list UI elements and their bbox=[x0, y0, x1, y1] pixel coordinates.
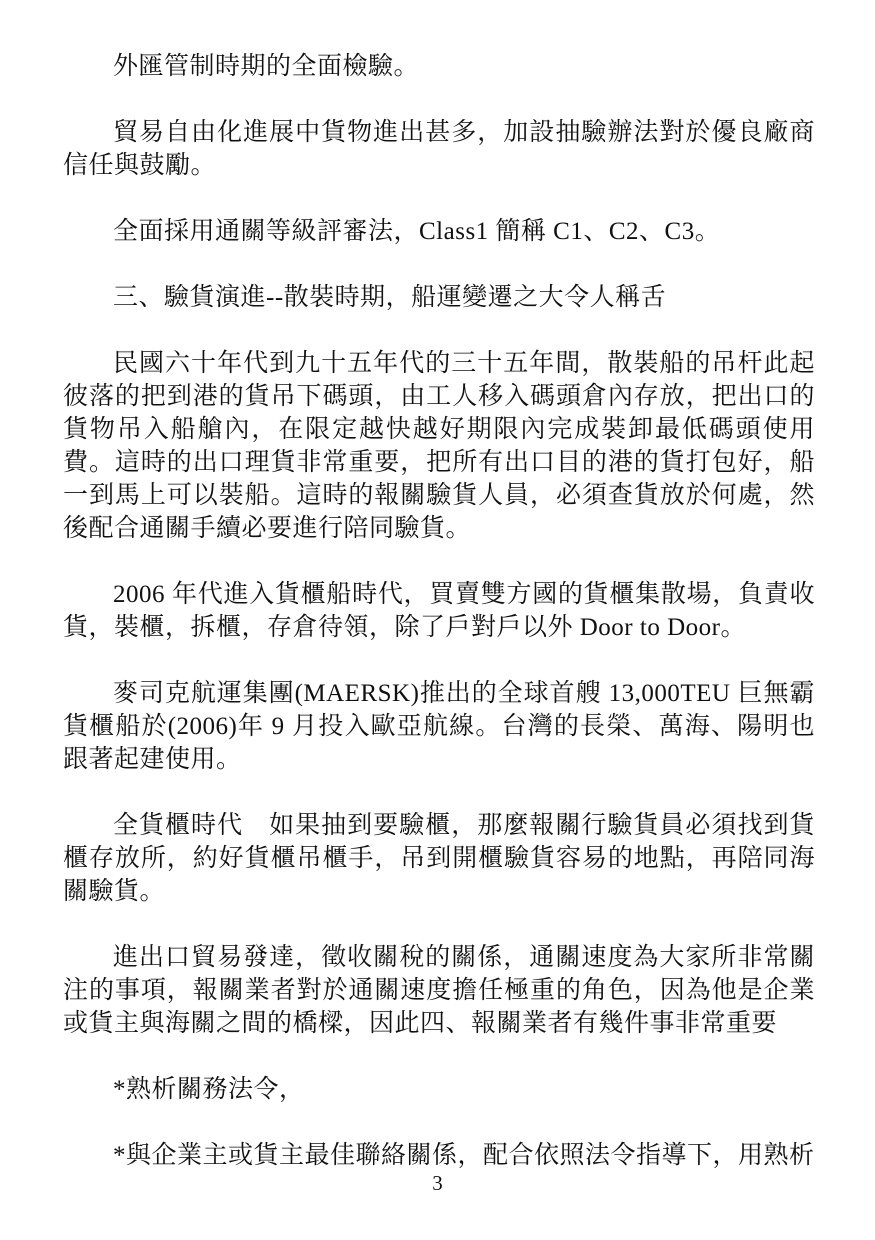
paragraph: 全面採用通關等級評審法，Class1 簡稱 C1、C2、C3。 bbox=[63, 215, 815, 248]
paragraph: 進出口貿易發達，徵收關稅的關係，通關速度為大家所非常關注的事項，報關業者對於通關… bbox=[63, 941, 815, 1040]
paragraph: 民國六十年代到九十五年代的三十五年間，散裝船的吊杆此起彼落的把到港的貨吊下碼頭，… bbox=[63, 347, 815, 545]
paragraph: 全貨櫃時代 如果抽到要驗櫃，那麼報關行驗貨員必須找到貨櫃存放所，約好貨櫃吊櫃手，… bbox=[63, 809, 815, 908]
document-body: 外匯管制時期的全面檢驗。 貿易自由化進展中貨物進出甚多，加設抽驗辦法對於優良廠商… bbox=[63, 50, 815, 1172]
paragraph: 2006 年代進入貨櫃船時代，買賣雙方國的貨櫃集散場，負責收貨，裝櫃，拆櫃，存倉… bbox=[63, 578, 815, 644]
paragraph: 外匯管制時期的全面檢驗。 bbox=[63, 50, 815, 83]
paragraph: 貿易自由化進展中貨物進出甚多，加設抽驗辦法對於優良廠商信任與鼓勵。 bbox=[63, 116, 815, 182]
page-number: 3 bbox=[0, 1168, 875, 1198]
bullet-line: *熟析關務法令， bbox=[63, 1073, 815, 1106]
section-heading: 三、驗貨演進--散裝時期，船運變遷之大令人稱舌 bbox=[63, 281, 815, 314]
paragraph: 麥司克航運集團(MAERSK)推出的全球首艘 13,000TEU 巨無霸貨櫃船於… bbox=[63, 677, 815, 776]
